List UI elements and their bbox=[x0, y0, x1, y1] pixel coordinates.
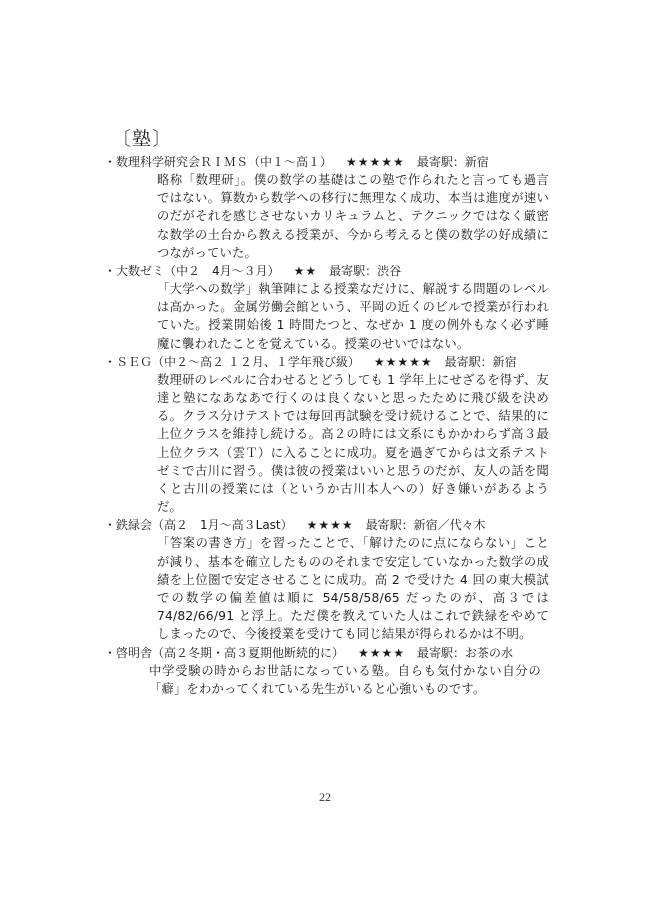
nearest-station: 最寄駅：新宿／代々木 bbox=[366, 518, 486, 532]
star-rating: ★★★★★ bbox=[374, 355, 433, 369]
nearest-station: 最寄駅：渋谷 bbox=[329, 264, 401, 278]
nearest-station: 最寄駅：新宿 bbox=[445, 355, 517, 369]
entry-title: ・大数ゼミ（中２ 4月〜３月）★★最寄駅：渋谷 bbox=[104, 262, 554, 280]
entry-body: 「答案の書き方」を習ったことで、「解けたのに点にならない」ことが減り、基本を確立… bbox=[157, 534, 549, 643]
entry-title: ・啓明舎（高２冬期・高３夏期他断続的に）★★★★最寄駅：お茶の水 bbox=[104, 644, 554, 662]
entry-rims: ・数理科学研究会ＲＩＭＳ（中１〜高１）★★★★★最寄駅：新宿 略称「数理研」。僕… bbox=[104, 153, 554, 262]
entry-name: ・大数ゼミ（中２ 4月〜３月） bbox=[104, 264, 280, 278]
entry-tetsuryokukai: ・鉄緑会（高２ 1月〜高３Last）★★★★最寄駅：新宿／代々木 「答案の書き方… bbox=[104, 516, 554, 643]
entry-name: ・鉄緑会（高２ 1月〜高３Last） bbox=[104, 518, 293, 532]
entry-title: ・ＳＥＧ（中２〜高２ １２月、１学年飛び級）★★★★★最寄駅：新宿 bbox=[104, 353, 554, 371]
nearest-station: 最寄駅：お茶の水 bbox=[417, 646, 513, 660]
entry-body: 「大学への数学」執筆陣による授業なだけに、解説する問題のレベルは高かった。金属労… bbox=[157, 280, 549, 353]
star-rating: ★★★★★ bbox=[346, 155, 405, 169]
entry-body: 数理研のレベルに合わせるとどうしても 1 学年上にせざるを得ず、友達と塾になあな… bbox=[157, 371, 549, 517]
entry-name: ・数理科学研究会ＲＩＭＳ（中１〜高１） bbox=[104, 155, 332, 169]
star-rating: ★★★★ bbox=[307, 518, 354, 532]
juku-list: ・数理科学研究会ＲＩＭＳ（中１〜高１）★★★★★最寄駅：新宿 略称「数理研」。僕… bbox=[104, 153, 554, 698]
entry-name: ・ＳＥＧ（中２〜高２ １２月、１学年飛び級） bbox=[104, 355, 360, 369]
entry-daisu-seminar: ・大数ゼミ（中２ 4月〜３月）★★最寄駅：渋谷 「大学への数学」執筆陣による授業… bbox=[104, 262, 554, 353]
star-rating: ★★ bbox=[294, 264, 318, 278]
entry-body: 中学受験の時からお世話になっている塾。自らも気付かない自分の「癖」をわかってくれ… bbox=[149, 662, 541, 698]
star-rating: ★★★★ bbox=[358, 646, 405, 660]
entry-seg: ・ＳＥＧ（中２〜高２ １２月、１学年飛び級）★★★★★最寄駅：新宿 数理研のレベ… bbox=[104, 353, 554, 517]
entry-name: ・啓明舎（高２冬期・高３夏期他断続的に） bbox=[104, 646, 344, 660]
entry-body: 略称「数理研」。僕の数学の基礎はこの塾で作られたと言っても過言ではない。算数から… bbox=[157, 171, 549, 262]
entry-keimeisha: ・啓明舎（高２冬期・高３夏期他断続的に）★★★★最寄駅：お茶の水 中学受験の時か… bbox=[104, 644, 554, 698]
nearest-station: 最寄駅：新宿 bbox=[417, 155, 489, 169]
entry-title: ・鉄緑会（高２ 1月〜高３Last）★★★★最寄駅：新宿／代々木 bbox=[104, 516, 554, 534]
section-heading: 〔塾〕 bbox=[112, 124, 172, 151]
entry-title: ・数理科学研究会ＲＩＭＳ（中１〜高１）★★★★★最寄駅：新宿 bbox=[104, 153, 554, 171]
page-number: 22 bbox=[0, 790, 650, 805]
